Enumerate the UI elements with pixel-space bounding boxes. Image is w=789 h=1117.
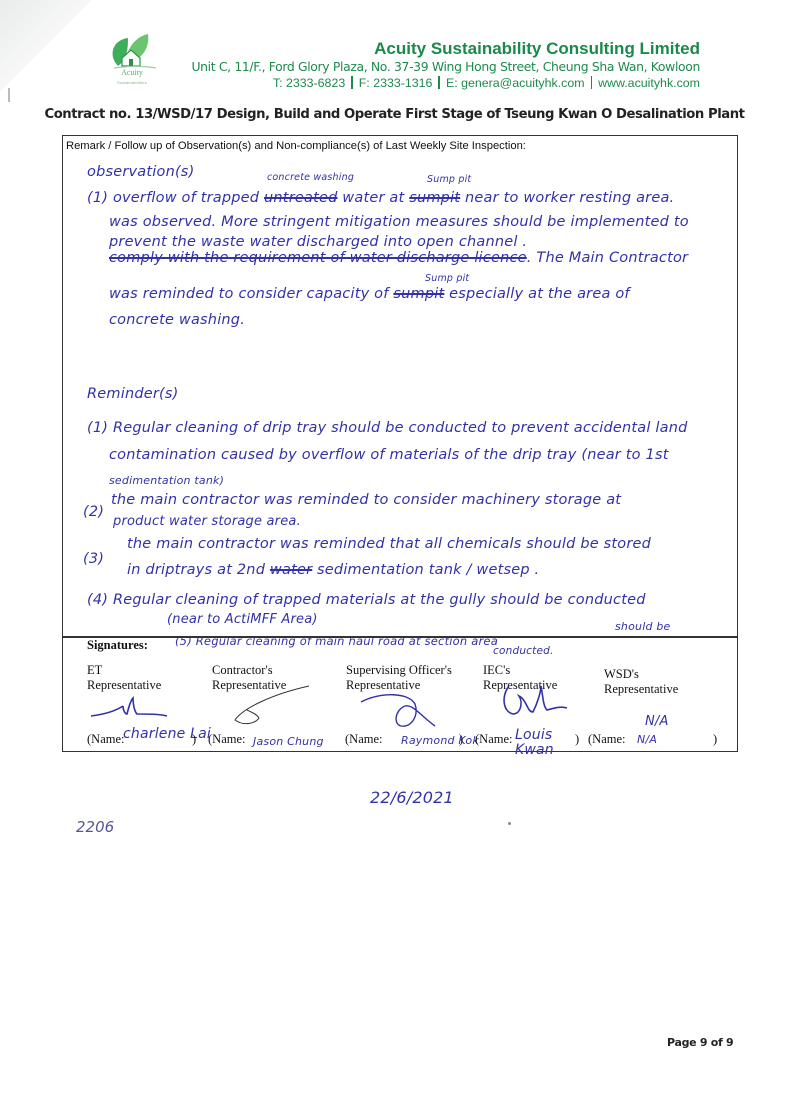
- form-header: Remark / Follow up of Observation(s) and…: [66, 140, 526, 152]
- section-divider: [63, 636, 737, 638]
- reminder-line-12: conducted.: [493, 645, 554, 657]
- supervising-officer-signature: [359, 690, 439, 734]
- company-header: Acuity Sustainability Consulting Limited…: [191, 39, 700, 91]
- wsd-signature-na: N/A: [645, 714, 669, 729]
- divider: [591, 76, 593, 89]
- website: www.acuityhk.com: [598, 76, 700, 90]
- logo-subtext: Sustainabilities: [104, 80, 160, 85]
- sig-col-wsd: WSD's Representative: [604, 667, 678, 697]
- supervising-officer-name-close: ): [459, 732, 463, 747]
- reminder-line-3: sedimentation tank): [109, 474, 224, 487]
- observation-line-2: was observed. More stringent mitigation …: [109, 214, 689, 230]
- divider: [438, 76, 440, 89]
- page-number: Page 9 of 9: [667, 1036, 733, 1049]
- signature-date: 22/6/2021: [370, 788, 454, 807]
- company-logo: Acuity Sustainabilities: [104, 30, 160, 94]
- logo-text: Acuity: [104, 68, 160, 77]
- company-contact: T: 2333-6823F: 2333-1316E: genera@acuity…: [191, 75, 700, 91]
- observation-line-3: prevent the waste water discharged into …: [109, 234, 527, 250]
- observation-line-6: concrete washing.: [109, 312, 245, 328]
- reminder-number-2: (2): [83, 504, 104, 520]
- reminder-line-10: should be: [615, 620, 671, 633]
- supervising-officer-name-field: (Name:: [345, 732, 382, 747]
- observation-line-1: (1) overflow of trapped untreated water …: [87, 190, 674, 206]
- signatures-label: Signatures:: [87, 638, 148, 653]
- iec-name-value: Louis Kwan: [515, 728, 565, 758]
- sig-col-supervising-officer: Supervising Officer's Representative: [346, 663, 452, 693]
- iec-name-close: ): [575, 732, 579, 747]
- observation-line-4: comply with the requirement of water dis…: [109, 250, 688, 266]
- reminder-number-3: (3): [83, 551, 104, 567]
- insert-sump-pit: Sump pit: [427, 174, 471, 185]
- wsd-name-value: N/A: [637, 733, 657, 746]
- inspection-form: Remark / Follow up of Observation(s) and…: [62, 135, 738, 752]
- sig-col-et: ET Representative: [87, 663, 161, 693]
- company-address: Unit C, 11/F., Ford Glory Plaza, No. 37-…: [191, 59, 700, 75]
- reminder-line-6: the main contractor was reminded that al…: [127, 536, 651, 552]
- contractor-signature: [213, 684, 313, 730]
- supervising-officer-name-value: Raymond Kok: [401, 734, 479, 747]
- wsd-name-field: (Name:: [588, 732, 625, 747]
- reminder-line-4: the main contractor was reminded to cons…: [111, 492, 621, 508]
- insert-concrete-washing: concrete washing: [267, 172, 354, 183]
- et-name-close: ): [192, 732, 196, 747]
- fax: F: 2333-1316: [359, 76, 433, 90]
- reminder-line-7: in driptrays at 2nd water sedimentation …: [127, 562, 539, 578]
- observation-line-5: was reminded to consider capacity of sum…: [109, 286, 630, 302]
- contract-title: Contract no. 13/WSD/17 Design, Build and…: [0, 107, 789, 122]
- et-signature: [89, 696, 169, 722]
- scan-corner-fold: [0, 0, 92, 92]
- observations-heading: observation(s): [87, 164, 194, 180]
- phone: T: 2333-6823: [273, 76, 345, 90]
- reminder-line-8: (4) Regular cleaning of trapped material…: [87, 592, 646, 608]
- reminder-line-9: (near to ActiMFF Area): [167, 612, 318, 627]
- margin-note: 2206: [76, 818, 114, 836]
- iec-name-field: (Name:: [475, 732, 512, 747]
- email: E: genera@acuityhk.com: [446, 76, 585, 90]
- et-name-field: (Name:: [87, 732, 124, 747]
- reminder-line-5: product water storage area.: [113, 514, 301, 529]
- leaf-house-icon: [104, 30, 160, 70]
- company-name: Acuity Sustainability Consulting Limited: [191, 39, 700, 59]
- contractor-name-field: (Name:: [208, 732, 245, 747]
- et-name-value: charlene Lai: [123, 726, 211, 742]
- reminder-line-1: (1) Regular cleaning of drip tray should…: [87, 420, 688, 436]
- scan-dot: [508, 822, 511, 825]
- contractor-name-value: Jason Chung: [253, 735, 324, 748]
- scan-mark: [8, 88, 10, 102]
- reminder-line-2: contamination caused by overflow of mate…: [109, 447, 669, 463]
- insert-sump-pit-2: Sump pit: [425, 273, 469, 284]
- divider: [351, 76, 353, 89]
- reminders-heading: Reminder(s): [87, 386, 179, 402]
- wsd-name-close: ): [713, 732, 717, 747]
